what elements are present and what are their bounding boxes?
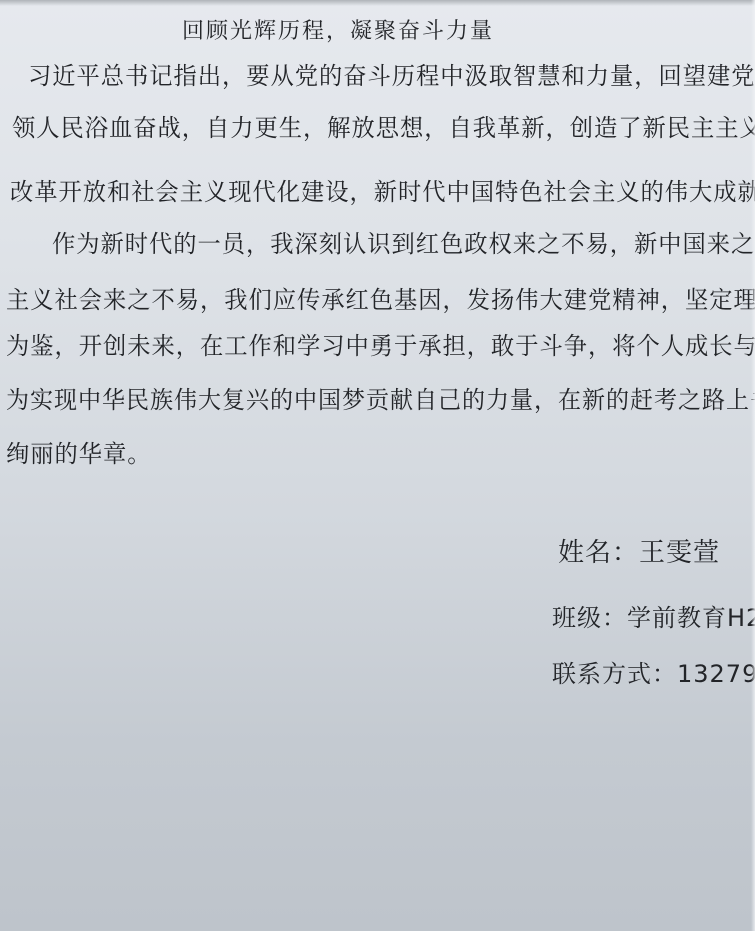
name-label: 姓名： bbox=[558, 538, 639, 568]
paragraph-2-line-5: 绚丽的华章。 bbox=[6, 434, 152, 469]
contact-label: 联系方式： bbox=[552, 660, 677, 688]
paragraph-1-line-2: 领人民浴血奋战，自力更生，解放思想，自我革新，创造了新民主主义革命、社会主义革命… bbox=[12, 108, 755, 143]
signature-class: 班级：学前教育H24班 bbox=[552, 598, 755, 633]
document-title: 回顾光辉历程，凝聚奋斗力量 bbox=[182, 14, 494, 45]
signature-contact: 联系方式：1327942105 bbox=[552, 654, 755, 689]
contact-value: 1327942105 bbox=[677, 660, 755, 688]
name-value: 王雯萱 bbox=[639, 538, 720, 568]
paragraph-1-line-1: 习近平总书记指出，要从党的奋斗历程中汲取智慧和力量，回望建党百年，我们党团结带 bbox=[28, 56, 755, 91]
paragraph-1-line-3: 改革开放和社会主义现代化建设，新时代中国特色社会主义的伟大成就。 bbox=[10, 172, 755, 207]
class-label: 班级： bbox=[552, 604, 627, 632]
paragraph-2-line-1: 作为新时代的一员，我深刻认识到红色政权来之不易，新中国来之不易，中国特色社会 bbox=[52, 224, 755, 259]
handwritten-paper: 回顾光辉历程，凝聚奋斗力量 习近平总书记指出，要从党的奋斗历程中汲取智慧和力量，… bbox=[0, 0, 755, 931]
signature-name: 姓名：王雯萱 bbox=[558, 532, 720, 569]
class-value: 学前教育H24班 bbox=[627, 604, 755, 632]
paragraph-2-line-4: 为实现中华民族伟大复兴的中国梦贡献自己的力量，在新的赶考之路上书写更加 bbox=[6, 380, 755, 415]
paragraph-2-line-2: 主义社会来之不易，我们应传承红色基因，发扬伟大建党精神，坚定理想信念，以史 bbox=[6, 280, 755, 315]
paragraph-2-line-3: 为鉴，开创未来，在工作和学习中勇于承担，敢于斗争，将个人成长与国家发展紧密相连 bbox=[6, 326, 755, 361]
